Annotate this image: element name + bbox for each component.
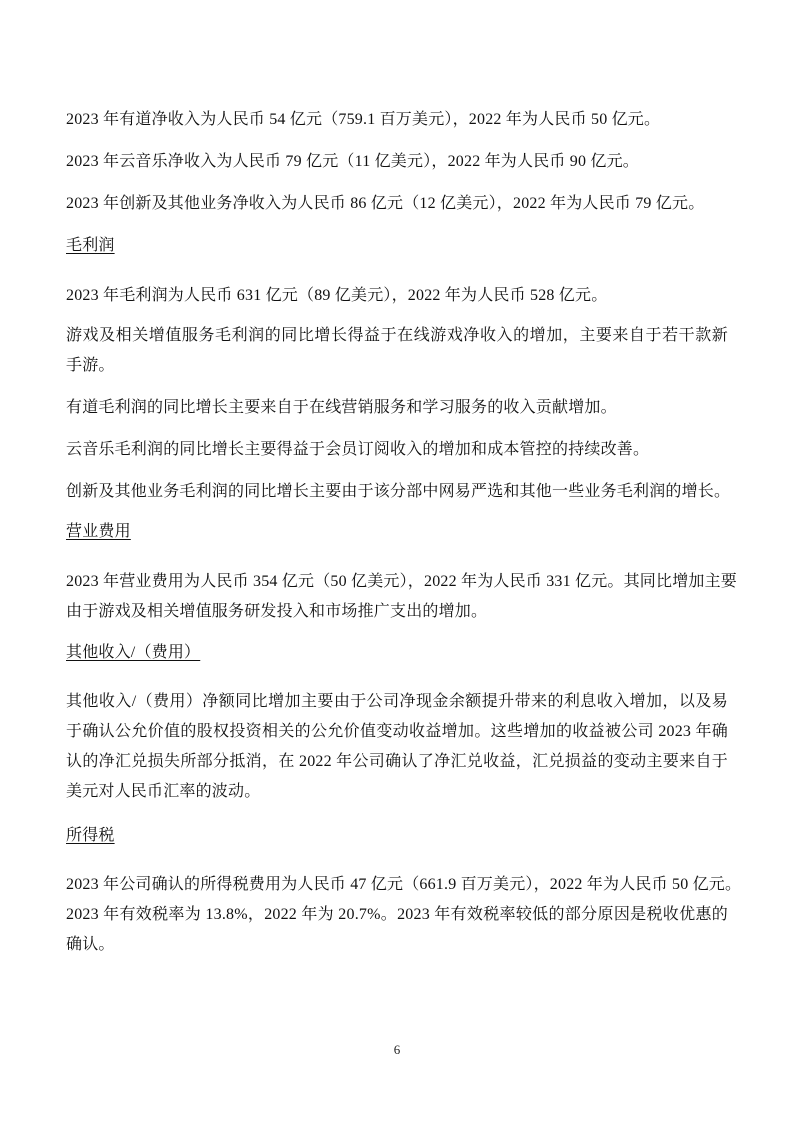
income-tax-line-2: 2023 年有效税率为 13.8%，2022 年为 20.7%。2023 年有效… <box>66 905 728 925</box>
cloud-music-net-revenue-paragraph: 2023 年云音乐净收入为人民币 79 亿元（11 亿美元），2022 年为人民… <box>66 152 728 172</box>
other-income-line-2: 于确认公允价值的股权投资相关的公允价值变动收益增加。这些增加的收益被公司 202… <box>66 722 728 742</box>
youdao-net-revenue-paragraph: 2023 年有道净收入为人民币 54 亿元（759.1 百万美元），2022 年… <box>66 110 728 130</box>
other-income-line-1: 其他收入/（费用）净额同比增加主要由于公司净现金余额提升带来的利息收入增加，以及… <box>66 692 728 712</box>
games-gross-profit-line-1: 游戏及相关增值服务毛利润的同比增长得益于在线游戏净收入的增加，主要来自于若干款新 <box>66 326 728 346</box>
other-income-heading: 其他收入/（费用） <box>66 643 728 663</box>
cloud-music-gross-profit-paragraph: 云音乐毛利润的同比增长主要得益于会员订阅收入的增加和成本管控的持续改善。 <box>66 440 728 460</box>
innovative-gross-profit-paragraph: 创新及其他业务毛利润的同比增长主要由于该分部中网易严选和其他一些业务毛利润的增长… <box>66 482 728 502</box>
innovative-net-revenue-paragraph: 2023 年创新及其他业务净收入为人民币 86 亿元（12 亿美元），2022 … <box>66 194 728 214</box>
income-tax-line-3: 确认。 <box>66 935 728 955</box>
income-tax-line-1: 2023 年公司确认的所得税费用为人民币 47 亿元（661.9 百万美元），2… <box>66 875 728 895</box>
other-income-line-3: 认的净汇兑损失所部分抵消，在 2022 年公司确认了净汇兑收益，汇兑损益的变动主… <box>66 752 728 772</box>
games-gross-profit-line-2: 手游。 <box>66 356 728 376</box>
youdao-gross-profit-paragraph: 有道毛利润的同比增长主要来自于在线营销服务和学习服务的收入贡献增加。 <box>66 398 728 418</box>
gross-profit-summary-paragraph: 2023 年毛利润为人民币 631 亿元（89 亿美元），2022 年为人民币 … <box>66 286 728 306</box>
operating-expenses-line-2: 由于游戏及相关增值服务研发投入和市场推广支出的增加。 <box>66 602 728 622</box>
operating-expenses-line-1: 2023 年营业费用为人民币 354 亿元（50 亿美元），2022 年为人民币… <box>66 572 728 592</box>
page-number: 6 <box>0 1042 794 1058</box>
operating-expenses-heading: 营业费用 <box>66 522 728 542</box>
other-income-line-4: 美元对人民币汇率的波动。 <box>66 782 728 802</box>
gross-profit-heading: 毛利润 <box>66 236 728 256</box>
income-tax-heading: 所得税 <box>66 826 728 846</box>
